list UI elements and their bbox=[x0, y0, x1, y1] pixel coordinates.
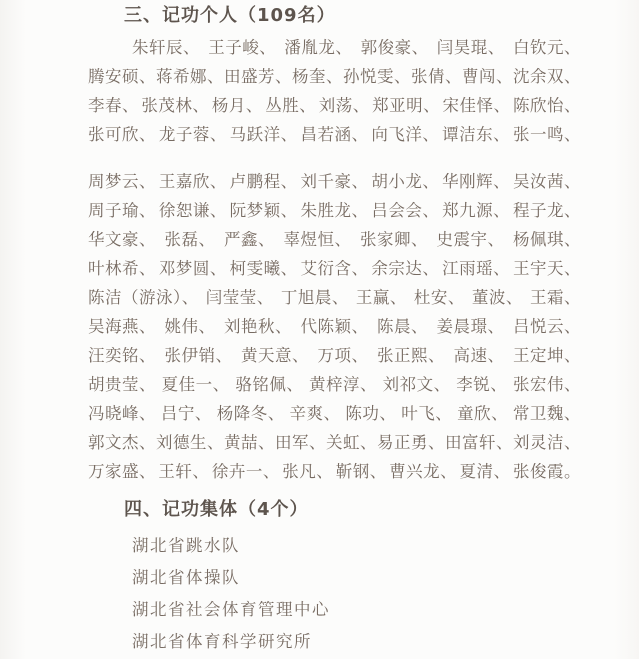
person-name: 蒋希娜、 bbox=[156, 62, 224, 91]
person-name: 辛爽、 bbox=[290, 399, 341, 428]
name-list-line: 胡贵莹、夏佳一、骆铭佩、黄梓淳、刘祁文、李锐、张宏伟、 bbox=[88, 370, 581, 399]
person-name: 向飞洋、 bbox=[371, 120, 439, 149]
name-list-line: 周梦云、王嘉欣、卢鹏程、刘千豪、胡小龙、华刚辉、吴汝茜、 bbox=[88, 167, 581, 196]
person-name: 张可欣、 bbox=[88, 120, 156, 149]
name-paragraph-1: 朱轩辰、王子峻、潘胤龙、郭俊豪、闫昊琨、白钦元、 腾安硕、蒋希娜、田盛芳、杨奎、… bbox=[88, 33, 581, 149]
person-name: 万家盛、 bbox=[88, 457, 156, 486]
collective-team-item: 湖北省体育科学研究所 bbox=[88, 626, 581, 658]
person-name: 谭洁东、 bbox=[442, 120, 510, 149]
person-name: 曹兴龙、 bbox=[389, 457, 457, 486]
person-name: 刘祁文、 bbox=[383, 370, 451, 399]
person-name: 沈余双、 bbox=[513, 62, 581, 91]
name-list-line: 叶林希、邓梦圆、柯雯曦、艾衍含、余宗达、江雨瑶、王宇天、 bbox=[88, 254, 581, 283]
person-name: 阮梦颖、 bbox=[230, 196, 298, 225]
person-name: 田盛芳、 bbox=[224, 62, 292, 91]
person-name: 姜晨璟、 bbox=[437, 312, 505, 341]
person-name: 华刚辉、 bbox=[442, 167, 510, 196]
person-name: 郭文杰、 bbox=[88, 428, 156, 457]
person-name: 田军、 bbox=[275, 428, 326, 457]
person-name: 郑九源、 bbox=[442, 196, 510, 225]
person-name: 张茂林、 bbox=[141, 91, 209, 120]
person-name: 关虹、 bbox=[326, 428, 377, 457]
person-name: 丁旭晨、 bbox=[281, 283, 349, 312]
person-name: 辜煜恒、 bbox=[284, 225, 352, 254]
person-name: 徐卉一、 bbox=[212, 457, 280, 486]
person-name: 周子瑜、 bbox=[88, 196, 156, 225]
section-heading-individual-merits: 三、记功个人（109名） bbox=[88, 2, 581, 30]
section-heading-collective-merits: 四、记功集体（4个） bbox=[88, 496, 581, 524]
person-name: 丛胜、 bbox=[265, 91, 316, 120]
person-name: 杨奎、 bbox=[292, 62, 343, 91]
person-name: 江雨瑶、 bbox=[442, 254, 510, 283]
name-list-line: 朱轩辰、王子峻、潘胤龙、郭俊豪、闫昊琨、白钦元、 bbox=[88, 33, 581, 62]
person-name: 王定坤、 bbox=[513, 341, 581, 370]
person-name: 艾衍含、 bbox=[300, 254, 368, 283]
person-name: 董波、 bbox=[472, 283, 523, 312]
person-name: 童欣、 bbox=[457, 399, 508, 428]
person-name: 黄喆、 bbox=[224, 428, 275, 457]
person-name: 王赢、 bbox=[356, 283, 407, 312]
person-name: 刘艳秋、 bbox=[224, 312, 292, 341]
name-paragraph-2: 周梦云、王嘉欣、卢鹏程、刘千豪、胡小龙、华刚辉、吴汝茜、 周子瑜、徐恕谦、阮梦颖… bbox=[88, 167, 581, 486]
person-name: 华文豪、 bbox=[88, 225, 156, 254]
name-list-line: 华文豪、张磊、严鑫、辜煜恒、张家卿、史震宇、杨佩琪、 bbox=[88, 225, 581, 254]
person-name: 刘德生、 bbox=[156, 428, 224, 457]
person-name: 徐恕谦、 bbox=[159, 196, 227, 225]
person-name: 刘灵洁、 bbox=[513, 428, 581, 457]
person-name: 李春、 bbox=[88, 91, 139, 120]
person-name: 昌若涵、 bbox=[300, 120, 368, 149]
person-name: 汪奕铭、 bbox=[88, 341, 156, 370]
person-name: 黄天意、 bbox=[241, 341, 309, 370]
collective-team-item: 湖北省体操队 bbox=[88, 562, 581, 594]
person-name: 闫莹莹、 bbox=[206, 283, 274, 312]
name-list-line: 冯晓峰、吕宁、杨降冬、辛爽、陈功、叶飞、童欣、常卫魏、 bbox=[88, 399, 581, 428]
person-name: 卢鹏程、 bbox=[230, 167, 298, 196]
person-name: 马跃洋、 bbox=[230, 120, 298, 149]
person-name: 张磊、 bbox=[165, 225, 216, 254]
person-name: 张倩、 bbox=[411, 62, 462, 91]
person-name: 骆铭佩、 bbox=[235, 370, 303, 399]
collective-list: 湖北省跳水队 湖北省体操队 湖北省社会体育管理中心 湖北省体育科学研究所 bbox=[88, 530, 581, 658]
person-name: 张俊霞。 bbox=[513, 457, 581, 486]
person-name: 周梦云、 bbox=[88, 167, 156, 196]
person-name: 叶林希、 bbox=[88, 254, 156, 283]
person-name: 黄梓淳、 bbox=[309, 370, 377, 399]
person-name: 王子峻、 bbox=[208, 33, 276, 62]
person-name: 史震宇、 bbox=[437, 225, 505, 254]
person-name: 柯雯曦、 bbox=[230, 254, 298, 283]
person-name: 叶飞、 bbox=[401, 399, 452, 428]
person-name: 刘千豪、 bbox=[300, 167, 368, 196]
person-name: 张家卿、 bbox=[360, 225, 428, 254]
person-name: 吴海燕、 bbox=[88, 312, 156, 341]
person-name: 杨月、 bbox=[212, 91, 263, 120]
person-name: 白钦元、 bbox=[513, 33, 581, 62]
person-name: 陈晨、 bbox=[377, 312, 428, 341]
person-name: 夏佳一、 bbox=[162, 370, 230, 399]
person-name: 李锐、 bbox=[456, 370, 507, 399]
person-name: 余宗达、 bbox=[371, 254, 439, 283]
collective-team-item: 湖北省社会体育管理中心 bbox=[88, 594, 581, 626]
person-name: 闫昊琨、 bbox=[437, 33, 505, 62]
person-name: 姚伟、 bbox=[165, 312, 216, 341]
person-name: 王轩、 bbox=[158, 457, 209, 486]
name-list-line: 郭文杰、刘德生、黄喆、田军、关虹、易正勇、田富轩、刘灵洁、 bbox=[88, 428, 581, 457]
person-name: 王霜、 bbox=[530, 283, 581, 312]
person-name: 常卫魏、 bbox=[513, 399, 581, 428]
person-name: 陈功、 bbox=[345, 399, 396, 428]
person-name: 代陈颖、 bbox=[301, 312, 369, 341]
name-list-line: 陈洁（游泳）、闫莹莹、丁旭晨、王赢、杜安、董波、王霜、 bbox=[88, 283, 581, 312]
name-list-line: 李春、张茂林、杨月、丛胜、刘荡、郑亚明、宋佳怿、陈欣怡、 bbox=[88, 91, 581, 120]
name-list-line: 万家盛、王轩、徐卉一、张凡、靳钢、曹兴龙、夏清、张俊霞。 bbox=[88, 457, 581, 486]
person-name: 陈洁（游泳）、 bbox=[88, 283, 199, 312]
person-name: 郑亚明、 bbox=[372, 91, 440, 120]
person-name: 杨佩琪、 bbox=[513, 225, 581, 254]
name-list-line: 张可欣、龙子蓉、马跃洋、昌若涵、向飞洋、谭洁东、张一鸣、 bbox=[88, 120, 581, 149]
person-name: 吕悦云、 bbox=[513, 312, 581, 341]
person-name: 潘胤龙、 bbox=[284, 33, 352, 62]
name-list-line: 周子瑜、徐恕谦、阮梦颖、朱胜龙、吕会会、郑九源、程子龙、 bbox=[88, 196, 581, 225]
person-name: 胡小龙、 bbox=[371, 167, 439, 196]
person-name: 杨降冬、 bbox=[217, 399, 285, 428]
person-name: 胡贵莹、 bbox=[88, 370, 156, 399]
person-name: 朱轩辰、 bbox=[132, 33, 200, 62]
person-name: 朱胜龙、 bbox=[300, 196, 368, 225]
person-name: 王嘉欣、 bbox=[159, 167, 227, 196]
name-list-line: 汪奕铭、张伊销、黄天意、万项、张正熙、高速、王定坤、 bbox=[88, 341, 581, 370]
person-name: 张宏伟、 bbox=[513, 370, 581, 399]
person-name: 吕宁、 bbox=[161, 399, 212, 428]
person-name: 刘荡、 bbox=[319, 91, 370, 120]
person-name: 张伊销、 bbox=[165, 341, 233, 370]
person-name: 易正勇、 bbox=[377, 428, 445, 457]
person-name: 张正熙、 bbox=[377, 341, 445, 370]
person-name: 杜安、 bbox=[414, 283, 465, 312]
person-name: 孙悦雯、 bbox=[343, 62, 411, 91]
person-name: 龙子蓉、 bbox=[159, 120, 227, 149]
person-name: 田富轩、 bbox=[445, 428, 513, 457]
person-name: 张一鸣、 bbox=[513, 120, 581, 149]
person-name: 宋佳怿、 bbox=[443, 91, 511, 120]
person-name: 严鑫、 bbox=[224, 225, 275, 254]
person-name: 靳钢、 bbox=[336, 457, 387, 486]
person-name: 程子龙、 bbox=[513, 196, 581, 225]
document-page: 三、记功个人（109名） 朱轩辰、王子峻、潘胤龙、郭俊豪、闫昊琨、白钦元、 腾安… bbox=[0, 0, 639, 658]
person-name: 万项、 bbox=[318, 341, 369, 370]
person-name: 王宇天、 bbox=[513, 254, 581, 283]
name-list-line: 腾安硕、蒋希娜、田盛芳、杨奎、孙悦雯、张倩、曹闯、沈余双、 bbox=[88, 62, 581, 91]
person-name: 夏清、 bbox=[460, 457, 511, 486]
name-list-line: 吴海燕、姚伟、刘艳秋、代陈颖、陈晨、姜晨璟、吕悦云、 bbox=[88, 312, 581, 341]
person-name: 腾安硕、 bbox=[88, 62, 156, 91]
person-name: 郭俊豪、 bbox=[361, 33, 429, 62]
person-name: 陈欣怡、 bbox=[513, 91, 581, 120]
person-name: 曹闯、 bbox=[462, 62, 513, 91]
person-name: 吕会会、 bbox=[371, 196, 439, 225]
person-name: 邓梦圆、 bbox=[159, 254, 227, 283]
person-name: 吴汝茜、 bbox=[513, 167, 581, 196]
collective-team-item: 湖北省跳水队 bbox=[88, 530, 581, 562]
person-name: 张凡、 bbox=[282, 457, 333, 486]
person-name: 冯晓峰、 bbox=[88, 399, 156, 428]
person-name: 高速、 bbox=[454, 341, 505, 370]
